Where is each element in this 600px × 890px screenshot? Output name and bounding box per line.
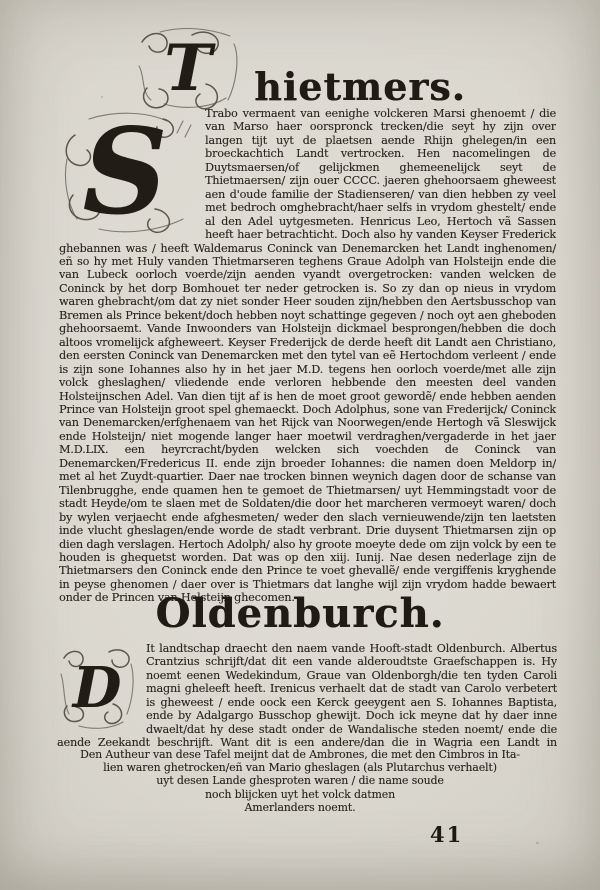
initial-letter: T: [164, 31, 216, 106]
section-oldenburch-body: D It landtschap draecht den naem vande H…: [57, 642, 557, 748]
ornamental-initial-t-icon: T: [134, 26, 244, 112]
drop-cap-s-icon: S: [59, 109, 195, 235]
tail-line: Amerlanders noemt.: [0, 801, 600, 814]
tail-line: noch blijcken uyt het volck datmen: [0, 788, 600, 801]
tapered-closing-lines: Den Autheur van dese Tafel meijnt dat de…: [0, 748, 600, 814]
section-heading-thietmers: T hietmers.: [0, 22, 600, 112]
section-title-text: hietmers.: [254, 68, 466, 112]
tail-line: lien waren ghetrocken/eñ van Mario ghesl…: [0, 761, 600, 774]
tail-line: uyt desen Lande ghesproten waren / die n…: [0, 774, 600, 787]
drop-cap-d-icon: D: [57, 644, 137, 730]
section-thietmers-body: S Trabo vermaent van eenighe volckeren M…: [59, 107, 556, 605]
paper-speck: [536, 842, 539, 844]
drop-cap-letter: S: [82, 109, 167, 235]
tail-line: Den Autheur van dese Tafel meijnt dat de…: [0, 748, 600, 761]
page-number: 41: [430, 822, 463, 847]
section-heading-oldenburch: Oldenburch.: [0, 590, 600, 637]
scanned-book-page: T hietmers. S Trabo vermaent van eenighe…: [0, 0, 600, 890]
drop-cap-letter: D: [71, 655, 122, 721]
